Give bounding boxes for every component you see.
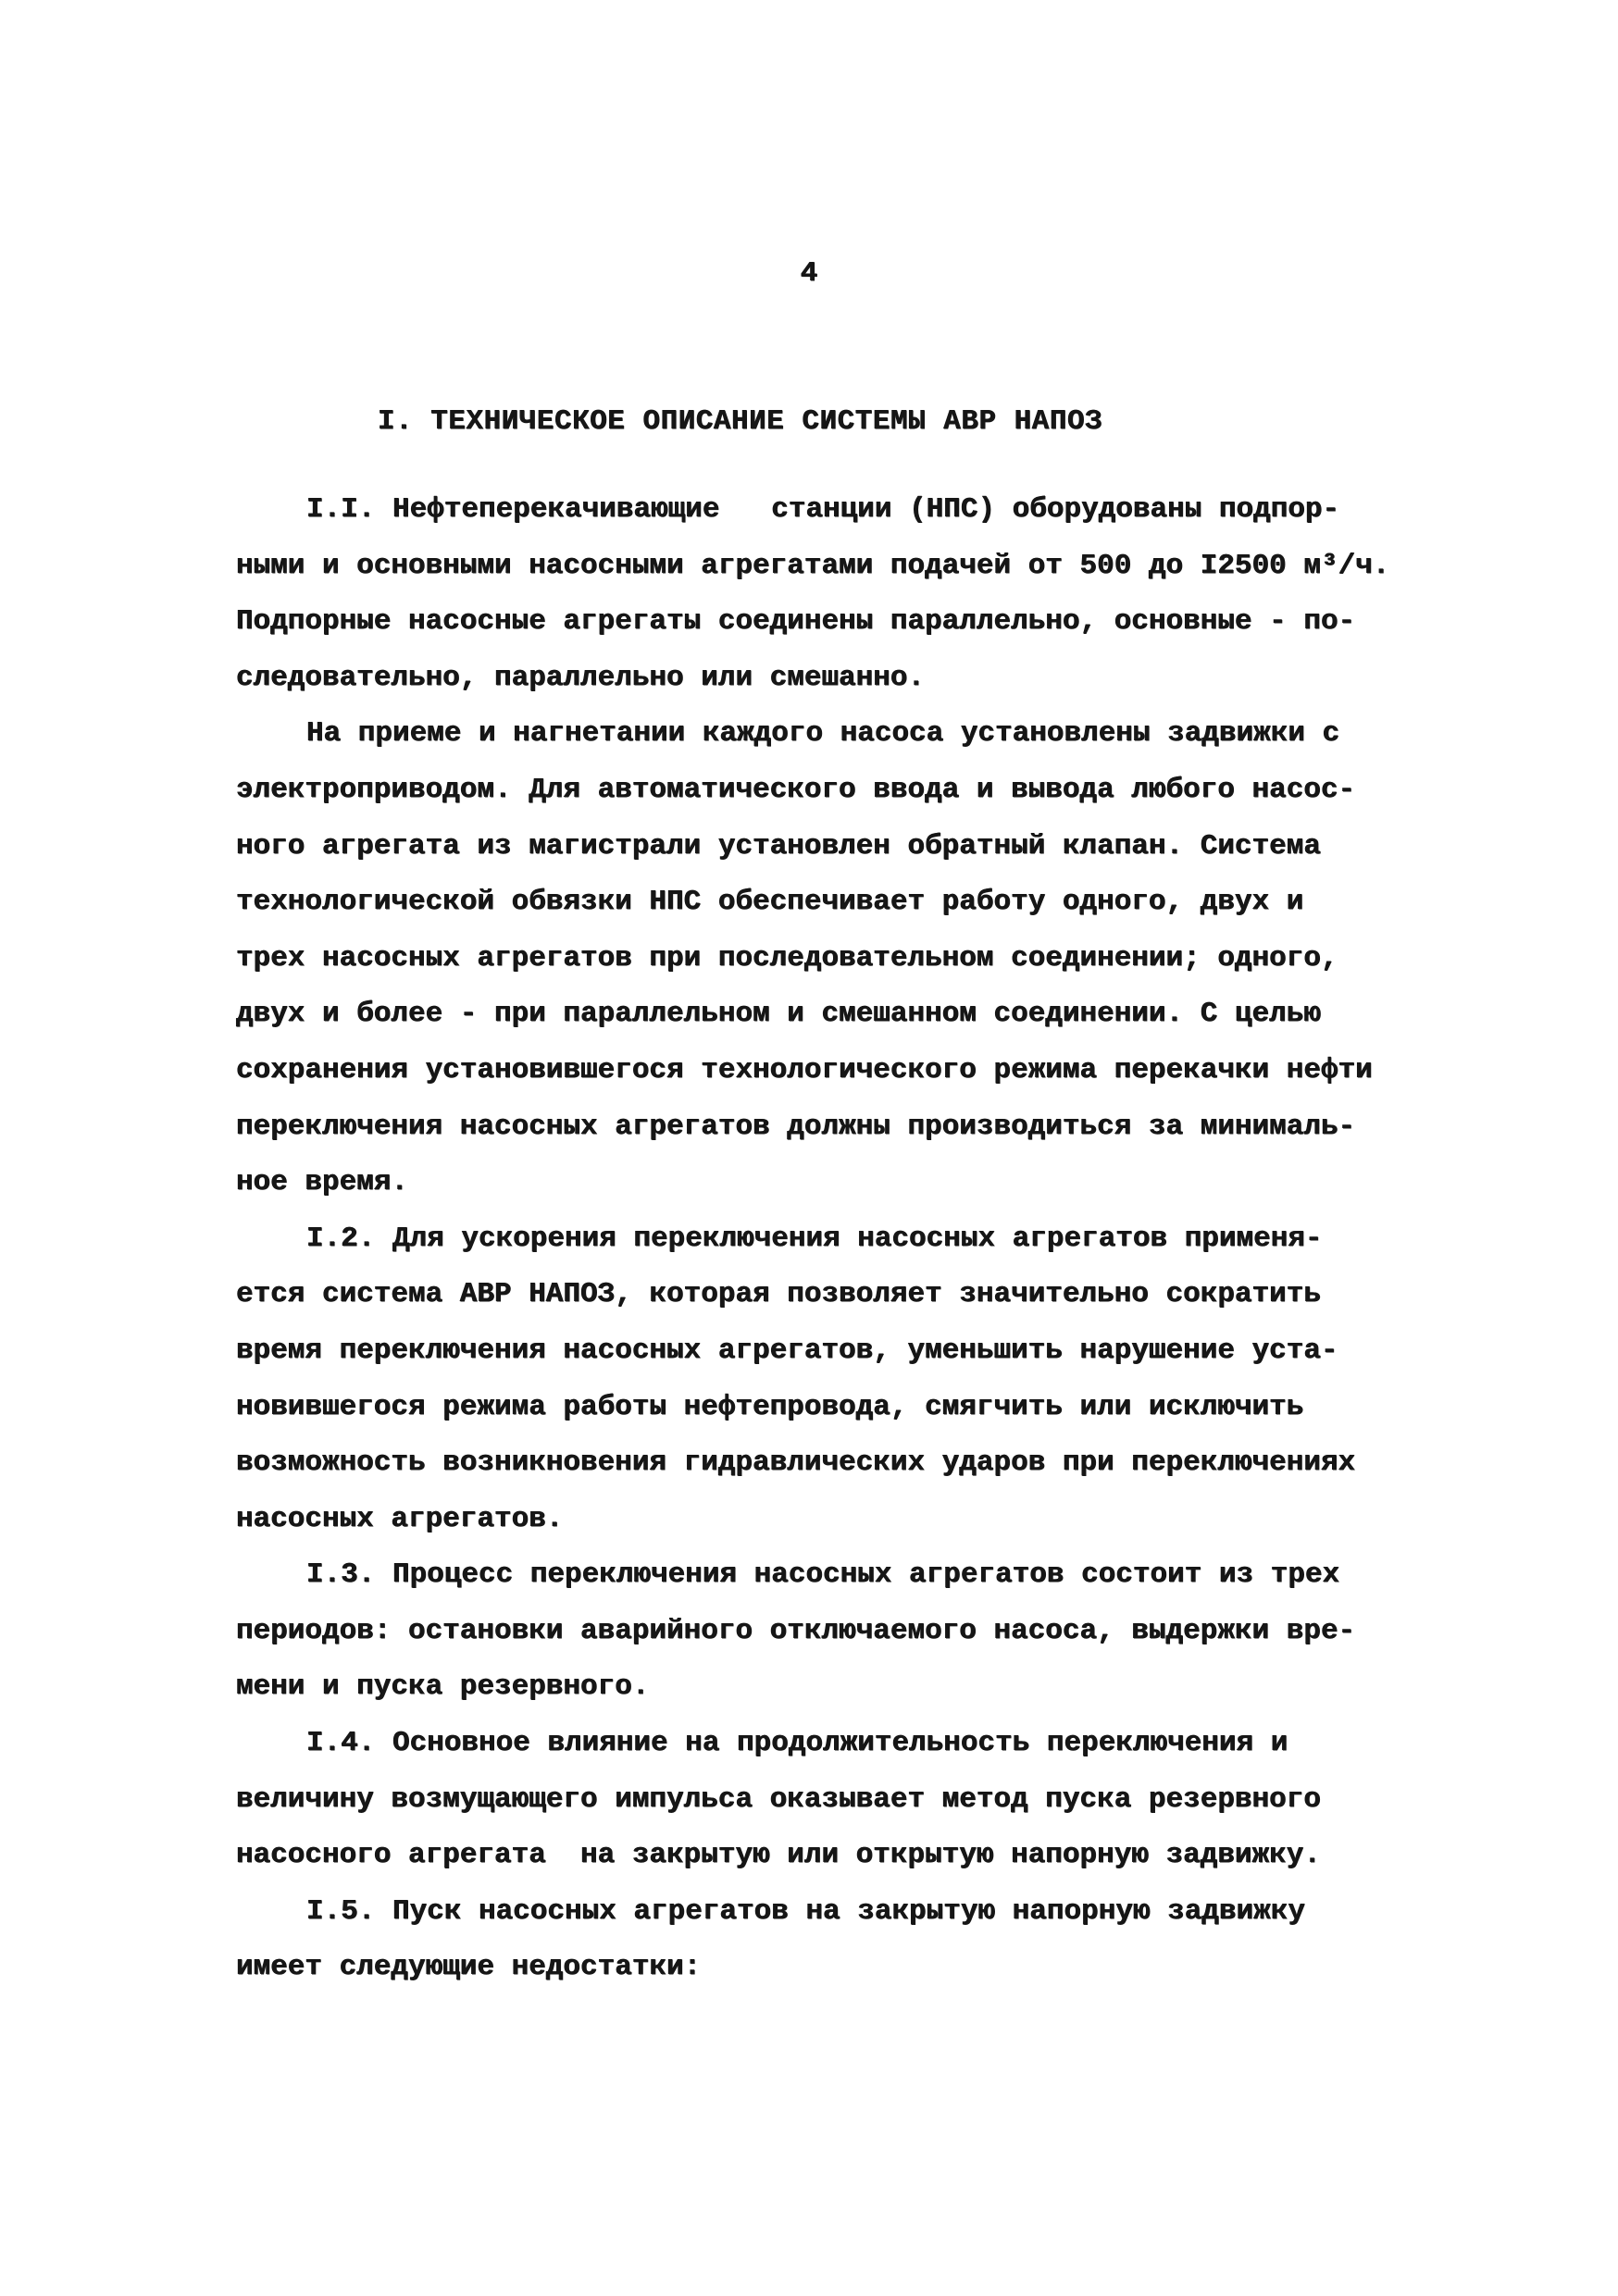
text-line: I.I. Нефтеперекачивающие станции (НПС) о…	[236, 482, 1476, 539]
text-line: технологической обвязки НПС обеспечивает…	[236, 875, 1476, 931]
text-line: ное время.	[236, 1155, 1476, 1211]
text-line: периодов: остановки аварийного отключаем…	[236, 1604, 1476, 1660]
text-line: I.2. Для ускорения переключения насосных…	[236, 1211, 1476, 1268]
text-line: I.5. Пуск насосных агрегатов на закрытую…	[236, 1884, 1476, 1941]
text-line: возможность возникновения гидравлических…	[236, 1435, 1476, 1492]
text-line: время переключения насосных агрегатов, у…	[236, 1323, 1476, 1380]
text-line: ными и основными насосными агрегатами по…	[236, 539, 1476, 595]
text-line: насосных агрегатов.	[236, 1492, 1476, 1548]
text-line: Подпорные насосные агрегаты соединены па…	[236, 594, 1476, 651]
page-number: 4	[0, 257, 1618, 291]
text-line: переключения насосных агрегатов должны п…	[236, 1099, 1476, 1156]
scanned-page: 4 I. ТЕХНИЧЕСКОЕ ОПИСАНИЕ СИСТЕМЫ АВР НА…	[0, 0, 1618, 2296]
text-line: величину возмущающего импульса оказывает…	[236, 1772, 1476, 1829]
text-line: ется система АВР НАПОЗ, которая позволяе…	[236, 1267, 1476, 1323]
text-line: трех насосных агрегатов при последовател…	[236, 931, 1476, 987]
text-line: электроприводом. Для автоматического вво…	[236, 763, 1476, 819]
text-line: двух и более - при параллельном и смешан…	[236, 987, 1476, 1043]
document-body: I.I. Нефтеперекачивающие станции (НПС) о…	[236, 482, 1476, 1996]
text-line: имеет следующие недостатки:	[236, 1940, 1476, 1996]
text-line: насосного агрегата на закрытую или откры…	[236, 1828, 1476, 1884]
text-line: ного агрегата из магистрали установлен о…	[236, 819, 1476, 875]
text-line: новившегося режима работы нефтепровода, …	[236, 1380, 1476, 1436]
text-line: I.3. Процесс переключения насосных агрег…	[236, 1547, 1476, 1604]
text-line: I.4. Основное влияние на продолжительнос…	[236, 1716, 1476, 1772]
text-line: мени и пуска резервного.	[236, 1659, 1476, 1716]
text-line: следовательно, параллельно или смешанно.	[236, 651, 1476, 707]
section-heading: I. ТЕХНИЧЕСКОЕ ОПИСАНИЕ СИСТЕМЫ АВР НАПО…	[378, 405, 1102, 439]
text-line: сохранения установившегося технологическ…	[236, 1043, 1476, 1099]
text-line: На приеме и нагнетании каждого насоса ус…	[236, 706, 1476, 763]
